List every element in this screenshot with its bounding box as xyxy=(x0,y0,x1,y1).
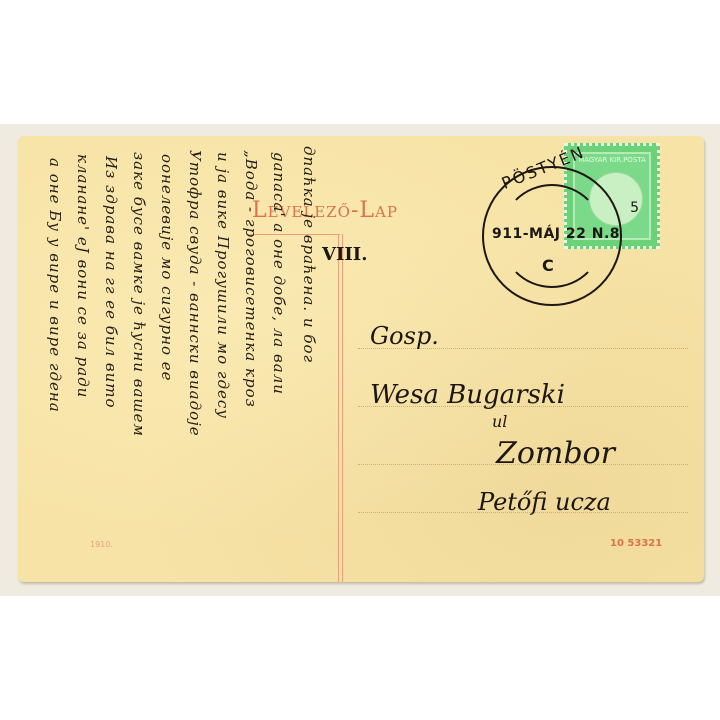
message-line: „Вода - гроговисетенка кроз xyxy=(242,150,260,408)
stamp-value: 5 xyxy=(630,200,639,216)
serial-number: 10 53321 xyxy=(610,538,662,549)
handwritten-message: дпаћка је враћена. и бог ganaca' а оне д… xyxy=(30,146,326,566)
address-salutation: Gosp. xyxy=(370,322,439,350)
message-line: и ја вике Прогушили мо гдесу xyxy=(214,152,232,419)
message-line: кланане' еЈ вони се за ради xyxy=(74,154,92,398)
message-line: а оне Бу у вире и вире гдена xyxy=(46,158,64,413)
address-name: Wesa Bugarski xyxy=(370,380,565,410)
message-line: заке бусе вамке је ћусни вашем xyxy=(130,152,148,437)
address-street: Petőfi ucza xyxy=(478,488,611,516)
printer-mark: 1910. xyxy=(90,540,113,549)
postmark-date: 911-MÁJ 22 N.8 xyxy=(492,226,620,242)
message-line: оонелевије мо сигурно ее xyxy=(158,154,176,382)
handwritten-numeral: VIII. xyxy=(322,244,368,265)
postcard: Levelező-Lap VIII. дпаћка је враћена. и … xyxy=(18,136,704,582)
message-line: Утофра свуда - ваннски виадоје xyxy=(186,150,204,437)
message-line: дпаћка је враћена. и бог xyxy=(300,146,318,363)
message-line: Из здрава на гг ее бил вито xyxy=(102,156,120,409)
address-abbrev: ul xyxy=(492,412,507,431)
center-divider-line xyxy=(338,234,343,582)
address-city: Zombor xyxy=(496,436,615,471)
postmark: PÖSTYÉN 911-MÁJ 22 N.8 C xyxy=(482,166,622,306)
postmark-code: C xyxy=(542,256,554,275)
message-line: ganaca' а оне добе, ла вали xyxy=(270,152,288,395)
